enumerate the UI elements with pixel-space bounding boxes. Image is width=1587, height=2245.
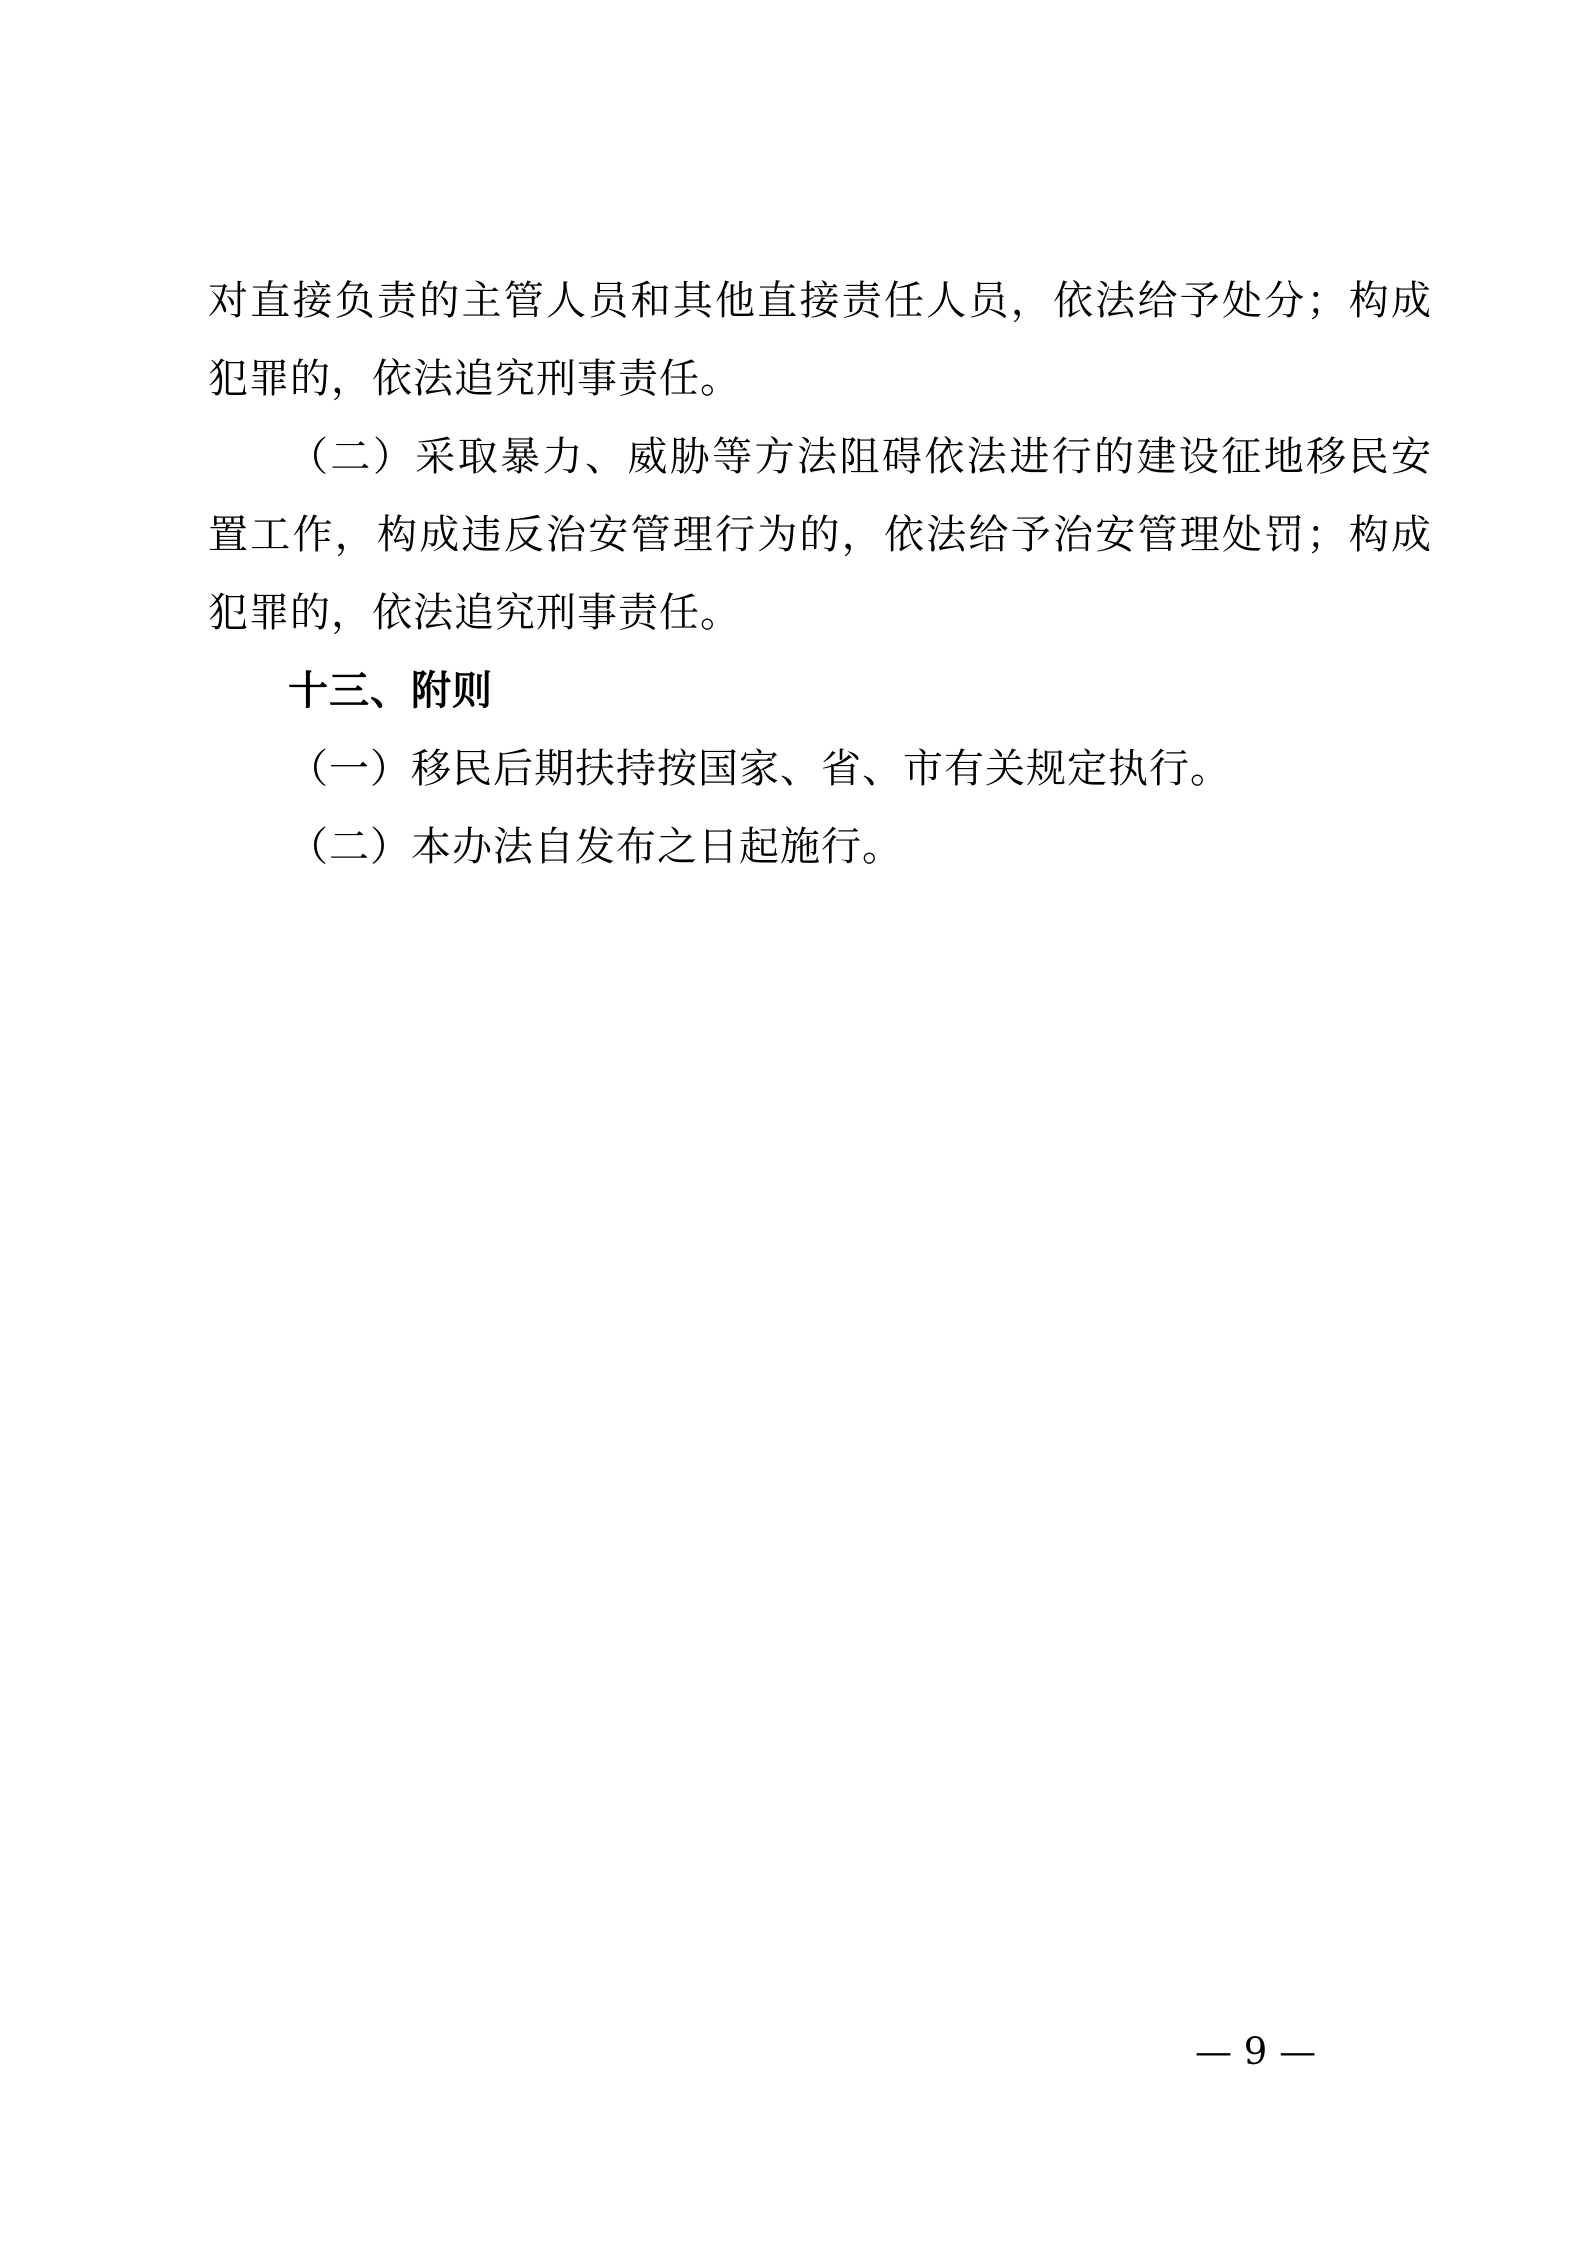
paragraph-appendix-item-1: （一）移民后期扶持按国家、省、市有关规定执行。 — [208, 730, 1432, 808]
paragraph-item-2: （二）采取暴力、威胁等方法阻碍依法进行的建设征地移民安置工作，构成违反治安管理行… — [208, 418, 1432, 652]
page-number: — 9 — — [1195, 2030, 1316, 2074]
document-body: 对直接负责的主管人员和其他直接责任人员，依法给予处分；构成犯罪的，依法追究刑事责… — [208, 262, 1432, 886]
document-page: 对直接负责的主管人员和其他直接责任人员，依法给予处分；构成犯罪的，依法追究刑事责… — [0, 0, 1587, 2245]
section-heading: 十三、附则 — [208, 652, 1432, 730]
paragraph-continuation: 对直接负责的主管人员和其他直接责任人员，依法给予处分；构成犯罪的，依法追究刑事责… — [208, 262, 1432, 418]
paragraph-appendix-item-2: （二）本办法自发布之日起施行。 — [208, 808, 1432, 886]
